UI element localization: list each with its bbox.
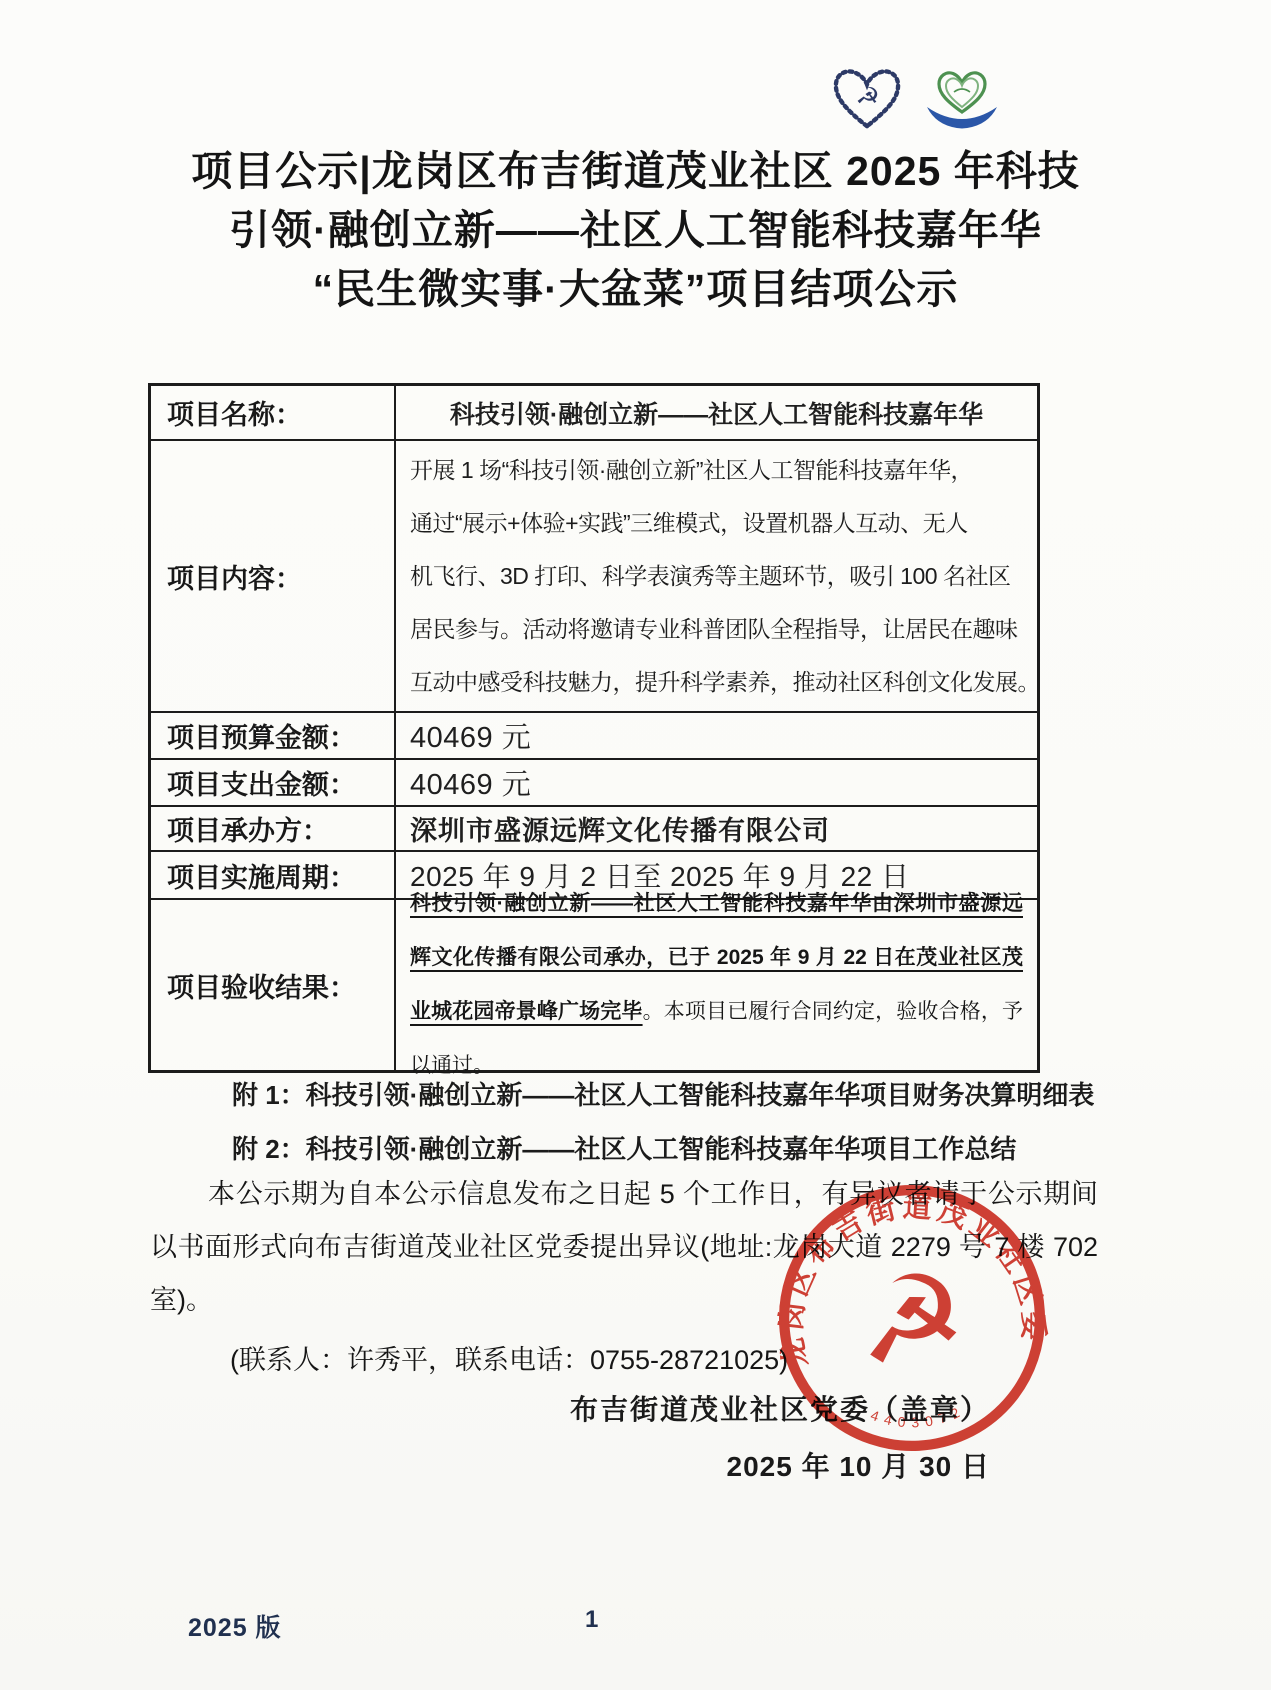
- project-content-line: 开展 1 场“科技引领·融创立新”社区人工智能科技嘉年华，: [410, 444, 1040, 497]
- seal-code: 4403072: [868, 1401, 969, 1433]
- period-label: 项目实施周期：: [151, 852, 396, 898]
- minsheng-heart-bowl-logo-icon: [920, 66, 1004, 136]
- project-name-label: 项目名称：: [151, 386, 396, 439]
- footer-edition: 2025 版: [188, 1608, 282, 1644]
- table-row-undertaker: 项目承办方： 深圳市盛源远辉文化传播有限公司: [151, 807, 1037, 852]
- table-row-budget: 项目预算金额： 40469 元: [151, 713, 1037, 760]
- expense-label: 项目支出金额：: [151, 760, 396, 805]
- project-content-line: 机飞行、3D 打印、科学表演秀等主题环节，吸引 100 名社区: [410, 550, 1040, 603]
- svg-text:☭: ☭: [854, 81, 883, 114]
- project-content-line: 通过“展示+体验+实践”三维模式，设置机器人互动、无人: [410, 497, 1040, 550]
- acceptance-result-value: 科技引领·融创立新——社区人工智能科技嘉年华由深圳市盛源远辉文化传播有限公司承办…: [410, 877, 1023, 1093]
- title-line-1: 项目公示|龙岗区布吉街道茂业社区 2025 年科技: [0, 142, 1271, 201]
- title-line-2: 引领·融创立新——社区人工智能科技嘉年华: [0, 201, 1271, 260]
- official-seal: 龙岗区布吉街道茂业社区委员会 4403072 ☭: [765, 1171, 1059, 1465]
- title-line-3: “民生微实事·大盆菜”项目结项公示: [0, 260, 1271, 319]
- attachment-1: 附 1：科技引领·融创立新——社区人工智能科技嘉年华项目财务决算明细表: [232, 1068, 1094, 1122]
- project-info-table: 项目名称： 科技引领·融创立新——社区人工智能科技嘉年华 项目内容： 开展 1 …: [148, 383, 1040, 1073]
- budget-value: 40469 元: [410, 715, 1023, 756]
- table-row-project-name: 项目名称： 科技引领·融创立新——社区人工智能科技嘉年华: [151, 386, 1037, 441]
- project-content-line: 互动中感受科技魅力，提升科学素养，推动社区科创文化发展。: [410, 656, 1040, 709]
- undertaker-label: 项目承办方：: [151, 807, 396, 850]
- party-heart-logo-icon: ☭: [828, 66, 906, 134]
- table-row-acceptance-result: 项目验收结果： 科技引领·融创立新——社区人工智能科技嘉年华由深圳市盛源远辉文化…: [151, 900, 1037, 1070]
- hammer-sickle-icon: ☭: [855, 1251, 969, 1389]
- table-row-project-content: 项目内容： 开展 1 场“科技引领·融创立新”社区人工智能科技嘉年华， 通过“展…: [151, 441, 1037, 713]
- document-page: ☭ 项目公示|龙岗区布吉街道茂业社区 2025 年科技 引领·融创立新——社区人…: [0, 0, 1271, 1690]
- undertaker-value: 深圳市盛源远辉文化传播有限公司: [410, 809, 1023, 848]
- svg-text:4403072: 4403072: [868, 1401, 969, 1433]
- expense-value: 40469 元: [410, 762, 1023, 803]
- project-name-value: 科技引领·融创立新——社区人工智能科技嘉年华: [450, 395, 983, 431]
- document-title: 项目公示|龙岗区布吉街道茂业社区 2025 年科技 引领·融创立新——社区人工智…: [0, 142, 1271, 319]
- footer-page-number: 1: [585, 1606, 598, 1634]
- header-logos: ☭: [828, 66, 1004, 136]
- table-row-expense: 项目支出金额： 40469 元: [151, 760, 1037, 807]
- acceptance-result-label: 项目验收结果：: [151, 900, 396, 1070]
- attachments-list: 附 1：科技引领·融创立新——社区人工智能科技嘉年华项目财务决算明细表 附 2：…: [232, 1068, 1094, 1176]
- project-content-line: 居民参与。活动将邀请专业科普团队全程指导，让居民在趣味: [410, 603, 1040, 656]
- budget-label: 项目预算金额：: [151, 713, 396, 758]
- project-content-label: 项目内容：: [151, 441, 396, 711]
